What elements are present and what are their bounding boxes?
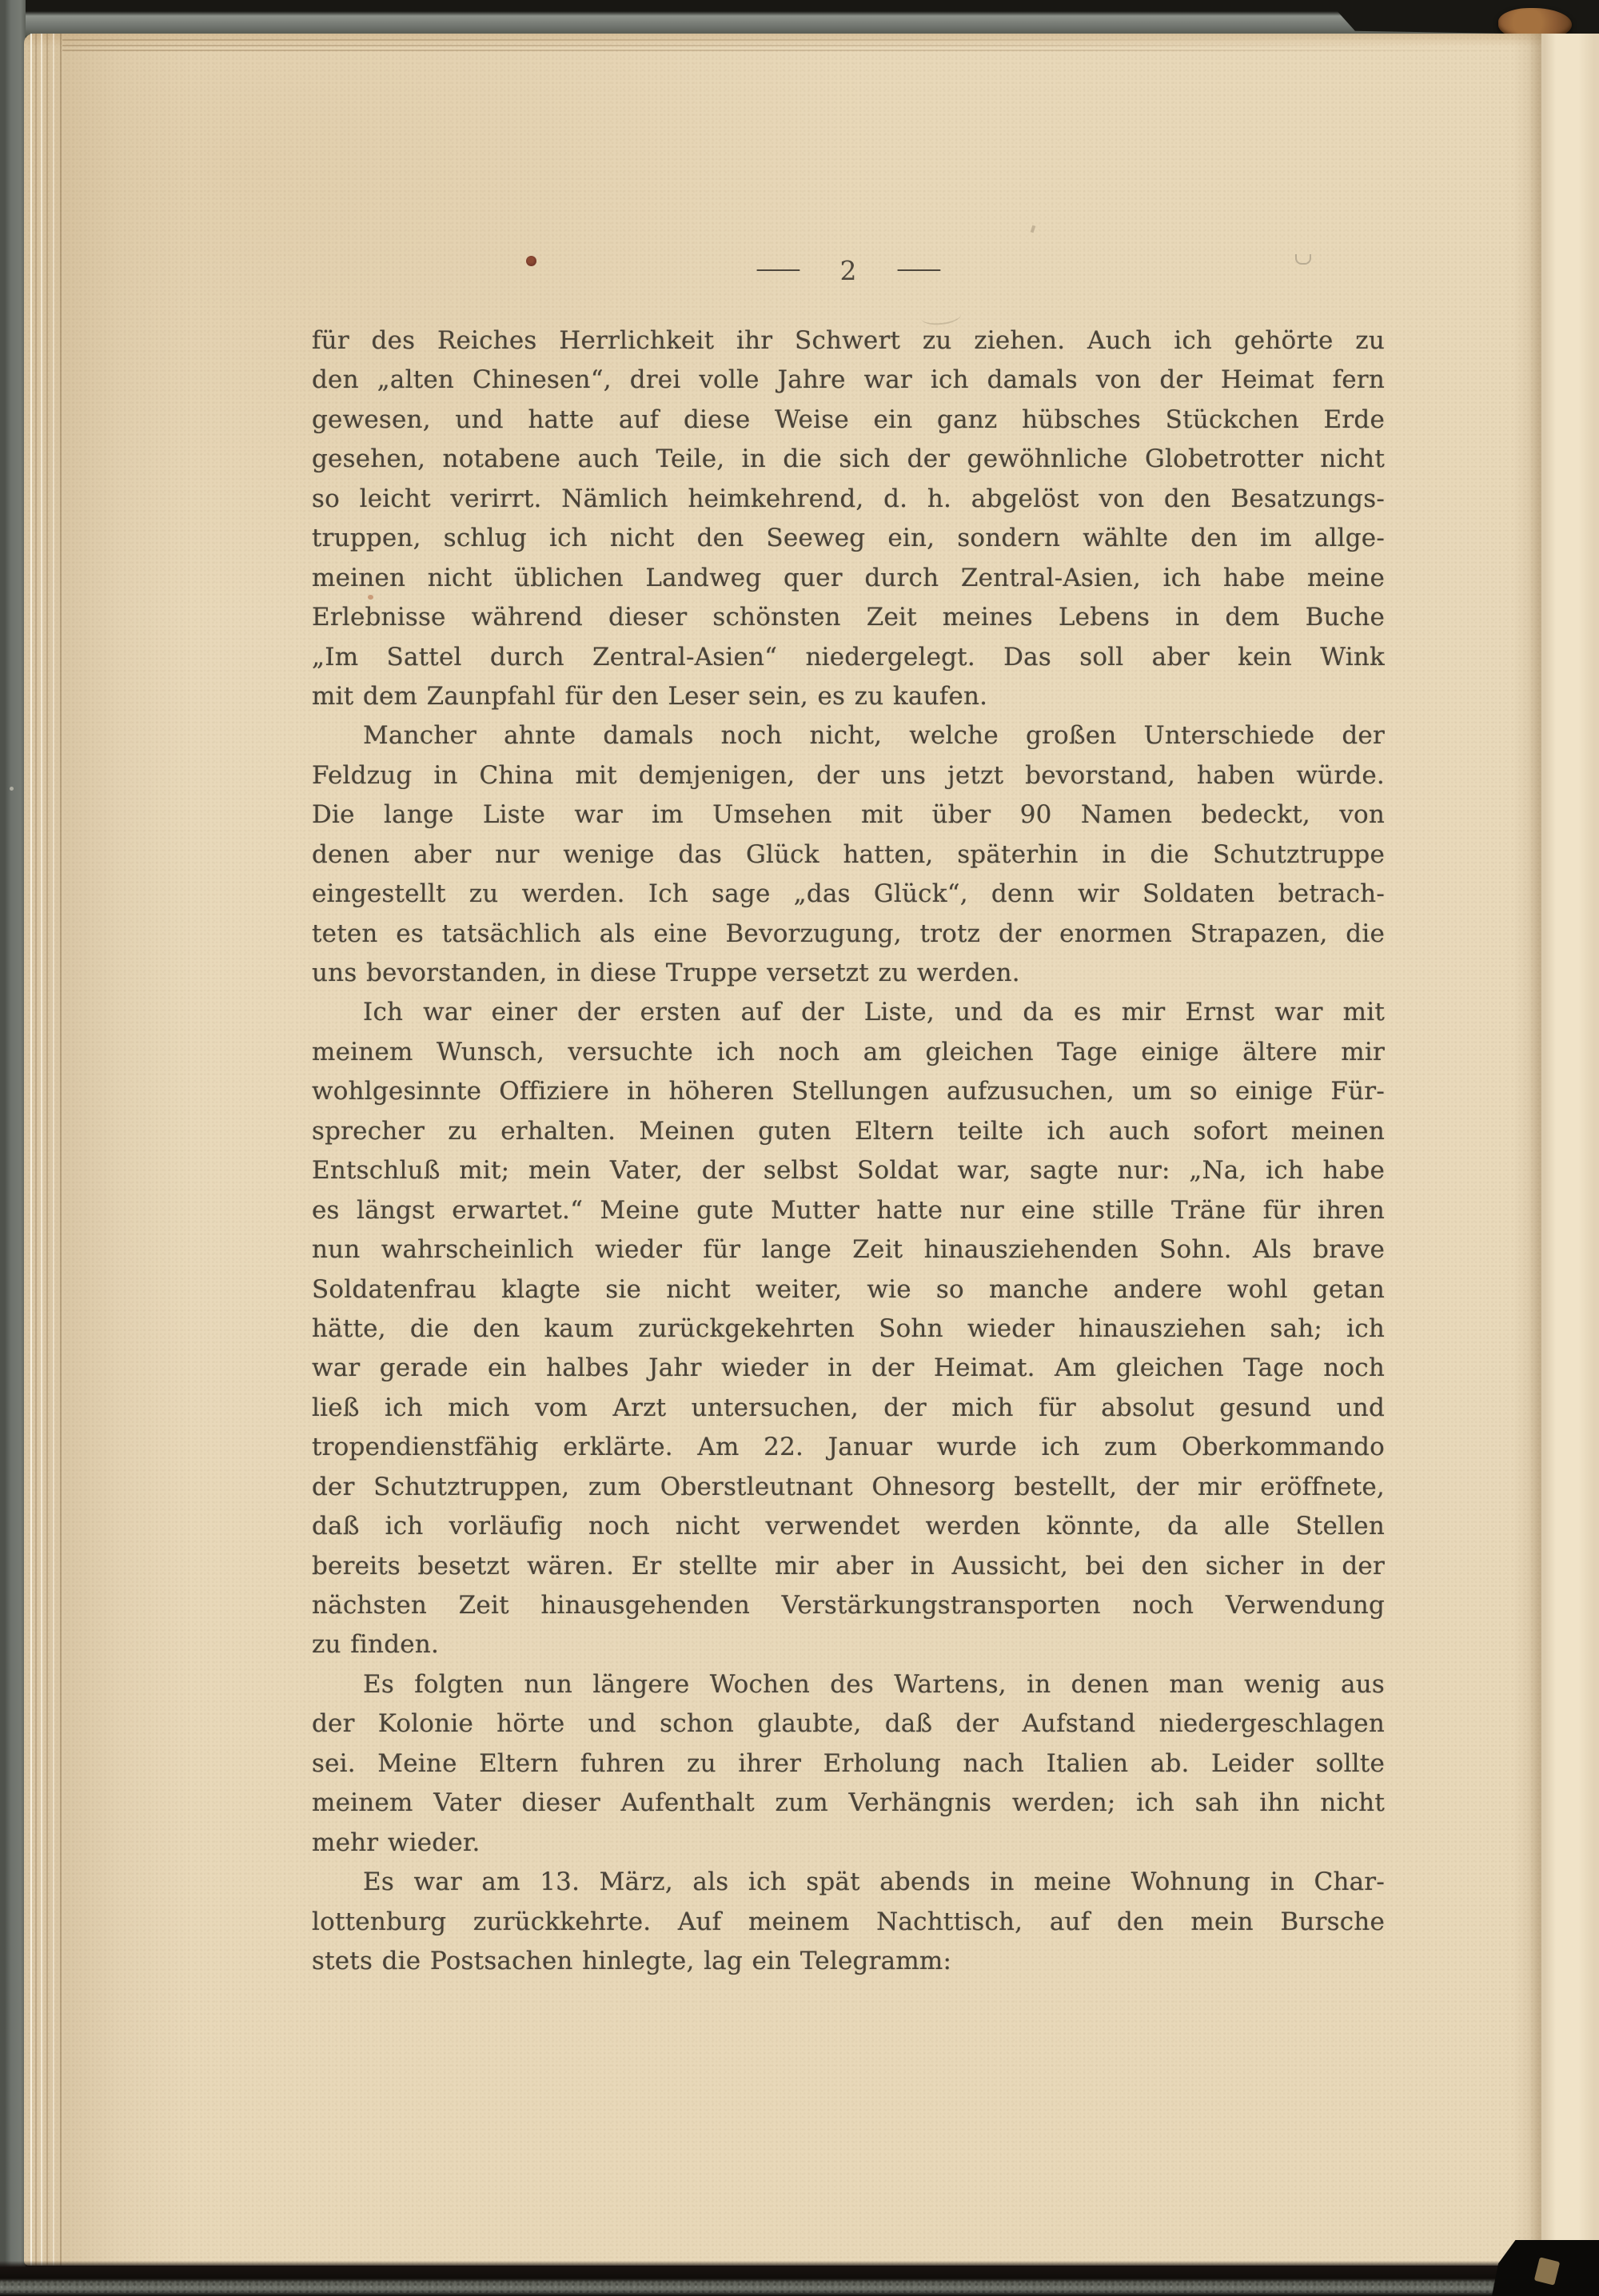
paragraph: Es folgten nun längere Wochen des Warten… xyxy=(312,1665,1385,1863)
ink-spot xyxy=(526,256,536,266)
text-line: bereits besetzt wären. Er stellte mir ab… xyxy=(312,1547,1385,1586)
text-line: Es war am 13. März, als ich spät abends … xyxy=(312,1863,1385,1902)
page-edge-line-top xyxy=(62,50,1533,51)
text-line: Feldzug in China mit demjenigen, der uns… xyxy=(312,756,1385,795)
text-line: denen aber nur wenige das Glück hatten, … xyxy=(312,835,1385,875)
page-edge-line xyxy=(53,34,54,2266)
text-line: daß ich vorläufig noch nicht verwendet w… xyxy=(312,1507,1385,1546)
text-line: lottenburg zurückkehrte. Auf meinem Nach… xyxy=(312,1903,1385,1942)
text-line: mehr wieder. xyxy=(312,1824,1385,1863)
text-line: truppen, schlug ich nicht den Seeweg ein… xyxy=(312,519,1385,558)
page-edge-line xyxy=(41,34,42,2266)
text-line: gewesen, und hatte auf diese Weise ein g… xyxy=(312,401,1385,440)
header-dash-left: — xyxy=(755,254,802,283)
text-line: uns bevorstanden, in diese Truppe verset… xyxy=(312,954,1385,993)
text-line: war gerade ein halbes Jahr wieder in der… xyxy=(312,1349,1385,1388)
page-edge-line xyxy=(35,34,37,2266)
book-cover-left-edge xyxy=(0,0,26,2296)
text-line: so leicht verirrt. Nämlich heimkehrend, … xyxy=(312,480,1385,519)
text-line: Mancher ahnte damals noch nicht, welche … xyxy=(312,716,1385,755)
paragraph: Es war am 13. März, als ich spät abends … xyxy=(312,1863,1385,1981)
text-line: mit dem Zaunpfahl für den Leser sein, es… xyxy=(312,677,1385,716)
text-line: meinem Wunsch, versuchte ich noch am gle… xyxy=(312,1033,1385,1072)
text-line: Entschluß mit; mein Vater, der selbst So… xyxy=(312,1151,1385,1190)
text-line: meinem Vater dieser Aufenthalt zum Verhä… xyxy=(312,1784,1385,1823)
page-edge-line xyxy=(60,34,62,2266)
page-header: — 2 — xyxy=(312,251,1385,286)
text-line: eingestellt zu werden. Ich sage „das Glü… xyxy=(312,875,1385,914)
text-line: nun wahrscheinlich wieder für lange Zeit… xyxy=(312,1230,1385,1270)
paragraph: Ich war einer der ersten auf der Liste, … xyxy=(312,993,1385,1664)
text-line: Die lange Liste war im Umsehen mit über … xyxy=(312,795,1385,835)
paragraph: Mancher ahnte damals noch nicht, welche … xyxy=(312,716,1385,993)
text-line: hätte, die den kaum zurückgekehrten Sohn… xyxy=(312,1309,1385,1349)
text-line: für des Reiches Herrlichkeit ihr Schwert… xyxy=(312,321,1385,361)
text-line: tropendienstfähig erklärte. Am 22. Janua… xyxy=(312,1428,1385,1467)
text-line: gesehen, notabene auch Teile, in die sic… xyxy=(312,440,1385,479)
page-edge-line-top xyxy=(62,45,1438,46)
text-line: Es folgten nun längere Wochen des Warten… xyxy=(312,1665,1385,1704)
text-line: sprecher zu erhalten. Meinen guten Elter… xyxy=(312,1112,1385,1151)
faint-pencil-mark xyxy=(1295,254,1311,265)
dust-speck xyxy=(10,787,14,791)
page-number: 2 xyxy=(840,255,857,286)
body-text: für des Reiches Herrlichkeit ihr Schwert… xyxy=(312,321,1385,1981)
text-line: Ich war einer der ersten auf der Liste, … xyxy=(312,993,1385,1032)
text-line: ließ ich mich vom Arzt untersuchen, der … xyxy=(312,1389,1385,1428)
text-line: teten es tatsächlich als eine Bevorzugun… xyxy=(312,915,1385,954)
page-edge-line xyxy=(46,34,48,2266)
header-dash-right: — xyxy=(895,254,943,283)
ink-speck xyxy=(368,595,373,600)
text-line: der Schutztruppen, zum Oberstleutnant Oh… xyxy=(312,1468,1385,1507)
page-gutter-strip xyxy=(1541,34,1599,2251)
text-line: stets die Postsachen hinlegte, lag ein T… xyxy=(312,1942,1385,1981)
text-line: meinen nicht üblichen Landweg quer durch… xyxy=(312,559,1385,598)
text-line: Erlebnisse während dieser schönsten Zeit… xyxy=(312,598,1385,637)
text-line: Soldatenfrau klagte sie nicht weiter, wi… xyxy=(312,1270,1385,1309)
text-line: der Kolonie hörte und schon glaubte, daß… xyxy=(312,1704,1385,1744)
page-edge-line-top xyxy=(62,39,1310,41)
book-cover-bottom-texture xyxy=(0,2280,1599,2293)
text-line: den „alten Chinesen“, drei volle Jahre w… xyxy=(312,361,1385,400)
text-line: wohlgesinnte Offiziere in höheren Stellu… xyxy=(312,1072,1385,1111)
text-line: nächsten Zeit hinausgehenden Verstärkung… xyxy=(312,1586,1385,1625)
book-scan: { "document": { "header": { "dash_left":… xyxy=(0,0,1599,2296)
page-edge-line xyxy=(30,34,32,2266)
text-line: „Im Sattel durch Zentral-Asien“ niederge… xyxy=(312,638,1385,677)
paragraph: für des Reiches Herrlichkeit ihr Schwert… xyxy=(312,321,1385,716)
text-line: sei. Meine Eltern fuhren zu ihrer Erholu… xyxy=(312,1744,1385,1784)
text-line: es längst erwartet.“ Meine gute Mutter h… xyxy=(312,1191,1385,1230)
text-line: zu finden. xyxy=(312,1625,1385,1664)
